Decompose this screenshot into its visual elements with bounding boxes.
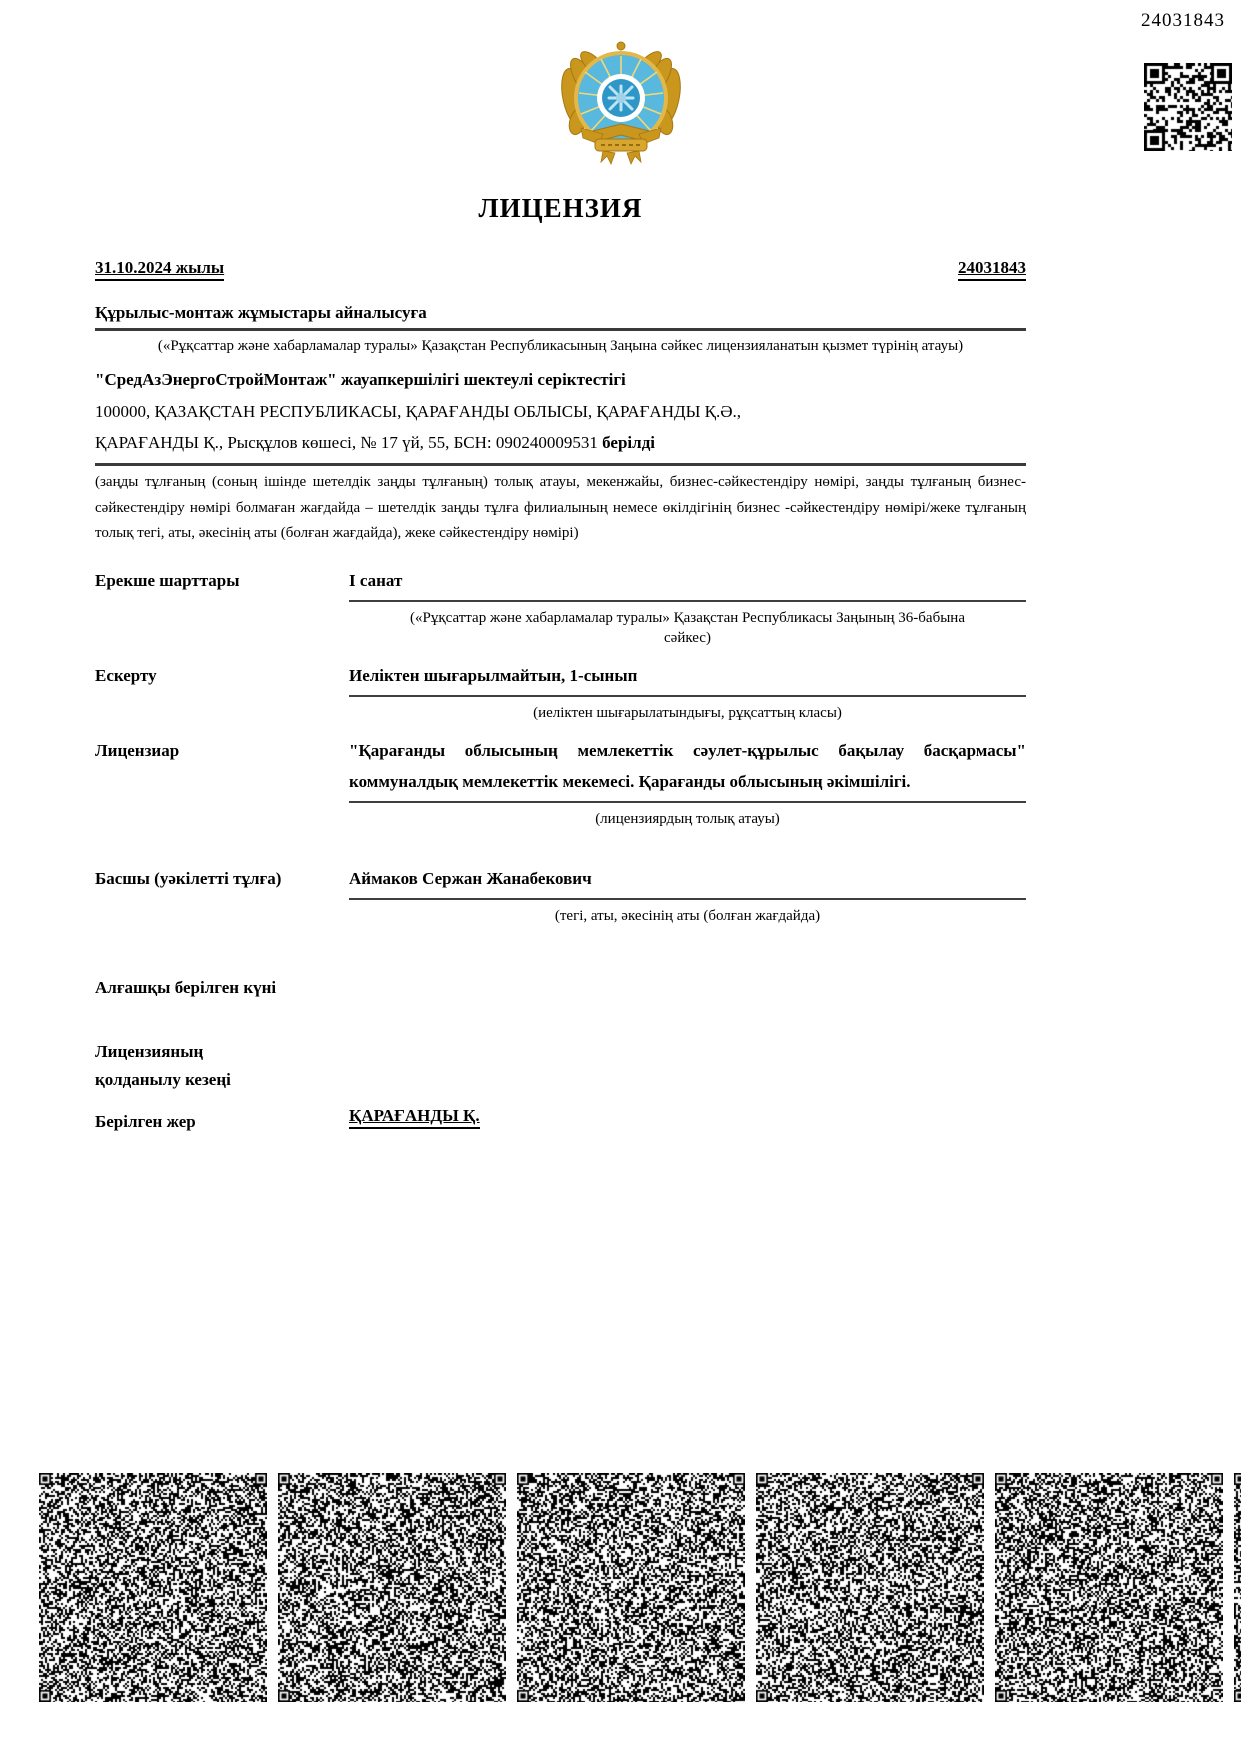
field-value: І санат — [349, 565, 1026, 602]
place-of-issue-value: ҚАРАҒАНДЫ Қ. — [349, 1106, 480, 1129]
barcode-block — [39, 1473, 267, 1702]
field-label: Басшы (уәкілетті тұлға) — [95, 863, 349, 926]
field-note: (иеліктен шығарылатындығы, рұқсаттың кла… — [349, 703, 1026, 723]
licensee-address: 100000, ҚАЗАҚСТАН РЕСПУБЛИКАСЫ, ҚАРАҒАНД… — [95, 396, 1026, 458]
license-number: 24031843 — [958, 258, 1026, 281]
barcode-strip — [39, 1473, 1241, 1702]
activity-title: Құрылыс-монтаж жұмыстары айналысуға — [95, 303, 1026, 323]
field-note: (лицензиярдың толық атауы) — [349, 809, 1026, 829]
field-label: Алғашқы берілген күні — [95, 972, 349, 1002]
field-value: Иеліктен шығарылмайтын, 1-сынып — [349, 660, 1026, 697]
document-title: ЛИЦЕНЗИЯ — [95, 0, 1026, 224]
field-value: Аймаков Сержан Жанабекович — [349, 863, 1026, 900]
issue-date: 31.10.2024 жылы — [95, 258, 224, 281]
field-note: («Рұқсаттар және хабарламалар туралы» Қа… — [388, 608, 988, 648]
field-label: Берілген жер — [95, 1106, 349, 1136]
activity-note: («Рұқсаттар және хабарламалар туралы» Қа… — [111, 336, 1011, 356]
date-number-row: 31.10.2024 жылы 24031843 — [95, 258, 1026, 281]
document-number-top-right: 24031843 — [1141, 10, 1225, 32]
barcode-block — [756, 1473, 984, 1702]
fields-section: Ерекше шарттары І санат («Рұқсаттар және… — [95, 565, 1026, 1136]
address-line1: 100000, ҚАЗАҚСТАН РЕСПУБЛИКАСЫ, ҚАРАҒАНД… — [95, 402, 741, 421]
barcode-block-clipped — [1234, 1473, 1241, 1702]
field-licensor: Лицензиар "Қарағанды облысының мемлекетт… — [95, 735, 1026, 829]
barcode-block — [278, 1473, 506, 1702]
field-head-person: Басшы (уәкілетті тұлға) Аймаков Сержан Ж… — [95, 863, 1026, 926]
field-special-conditions: Ерекше шарттары І санат («Рұқсаттар және… — [95, 565, 1026, 648]
field-label: Ескерту — [95, 660, 349, 723]
field-label: Лицензиар — [95, 735, 349, 829]
divider-rule — [95, 328, 1026, 331]
qr-code — [1144, 63, 1232, 151]
field-remark: Ескерту Иеліктен шығарылмайтын, 1-сынып … — [95, 660, 1026, 723]
licensee-company-name: "СредАзЭнергоСтройМонтаж" жауапкершілігі… — [95, 370, 1026, 390]
field-validity-period: Лицензияның қолданылу кезеңі — [95, 1036, 1026, 1094]
address-line2: ҚАРАҒАНДЫ Қ., Рысқұлов көшесі, № 17 үй, … — [95, 433, 602, 452]
licensee-note: (заңды тұлғаның (соның ішінде шетелдік з… — [95, 470, 1026, 547]
field-place-of-issue: Берілген жер ҚАРАҒАНДЫ Қ. — [95, 1106, 1026, 1136]
barcode-block — [517, 1473, 745, 1702]
field-first-issue-date: Алғашқы берілген күні — [95, 972, 1026, 1002]
field-label: Ерекше шарттары — [95, 565, 349, 648]
document-content: ЛИЦЕНЗИЯ 31.10.2024 жылы 24031843 Құрылы… — [95, 0, 1026, 1148]
divider-rule — [95, 463, 1026, 466]
field-label: Лицензияның қолданылу кезеңі — [95, 1036, 270, 1094]
license-document-page: 24031843 — [0, 0, 1241, 1754]
field-note: (тегі, аты, әкесінің аты (болған жағдайд… — [349, 906, 1026, 926]
field-value: "Қарағанды облысының мемлекеттік сәулет-… — [349, 735, 1026, 803]
address-issued-word: берілді — [602, 433, 655, 452]
barcode-block — [995, 1473, 1223, 1702]
